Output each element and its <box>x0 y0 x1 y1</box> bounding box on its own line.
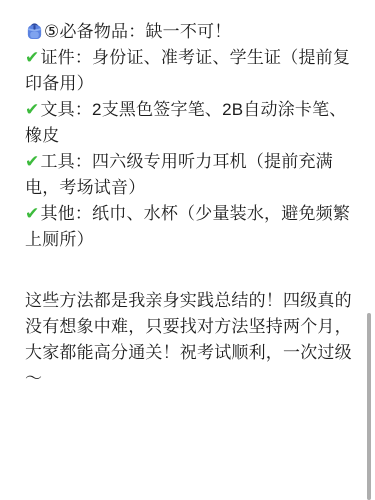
checklist-item-text: 文具：2支黑色签字笔、2B自动涂卡笔、橡皮 <box>25 100 347 145</box>
checklist-item-text: 工具：四六级专用听力耳机（提前充满电，考场试音） <box>25 152 333 197</box>
checklist-item-text: 证件：身份证、准考证、学生证（提前复印备用） <box>25 48 350 93</box>
checklist-item-tools: ✔工具：四六级专用听力耳机（提前充满电，考场试音） <box>25 149 352 201</box>
checklist-item-stationery: ✔文具：2支黑色签字笔、2B自动涂卡笔、橡皮 <box>25 97 352 149</box>
checklist-item-others: ✔其他：纸巾、水杯（少量装水，避免频繁上厕所） <box>25 201 352 253</box>
note-body: ⑤必备物品：缺一不可！ ✔证件：身份证、准考证、学生证（提前复印备用） ✔文具：… <box>0 0 375 392</box>
checklist-title-text: ⑤必备物品：缺一不可！ <box>44 22 231 41</box>
closing-paragraph: 这些方法都是我亲身实践总结的！四级真的没有想象中难，只要找对方法坚持两个月，大家… <box>25 288 352 392</box>
checklist-item-text: 其他：纸巾、水杯（少量装水，避免频繁上厕所） <box>25 204 350 249</box>
scrollbar-thumb[interactable] <box>367 313 371 500</box>
check-icon: ✔ <box>25 48 39 67</box>
backpack-icon <box>25 21 44 40</box>
checklist-title: ⑤必备物品：缺一不可！ <box>25 19 352 45</box>
check-icon: ✔ <box>25 100 39 119</box>
checklist-item-certificates: ✔证件：身份证、准考证、学生证（提前复印备用） <box>25 45 352 97</box>
check-icon: ✔ <box>25 152 39 171</box>
check-icon: ✔ <box>25 204 39 223</box>
